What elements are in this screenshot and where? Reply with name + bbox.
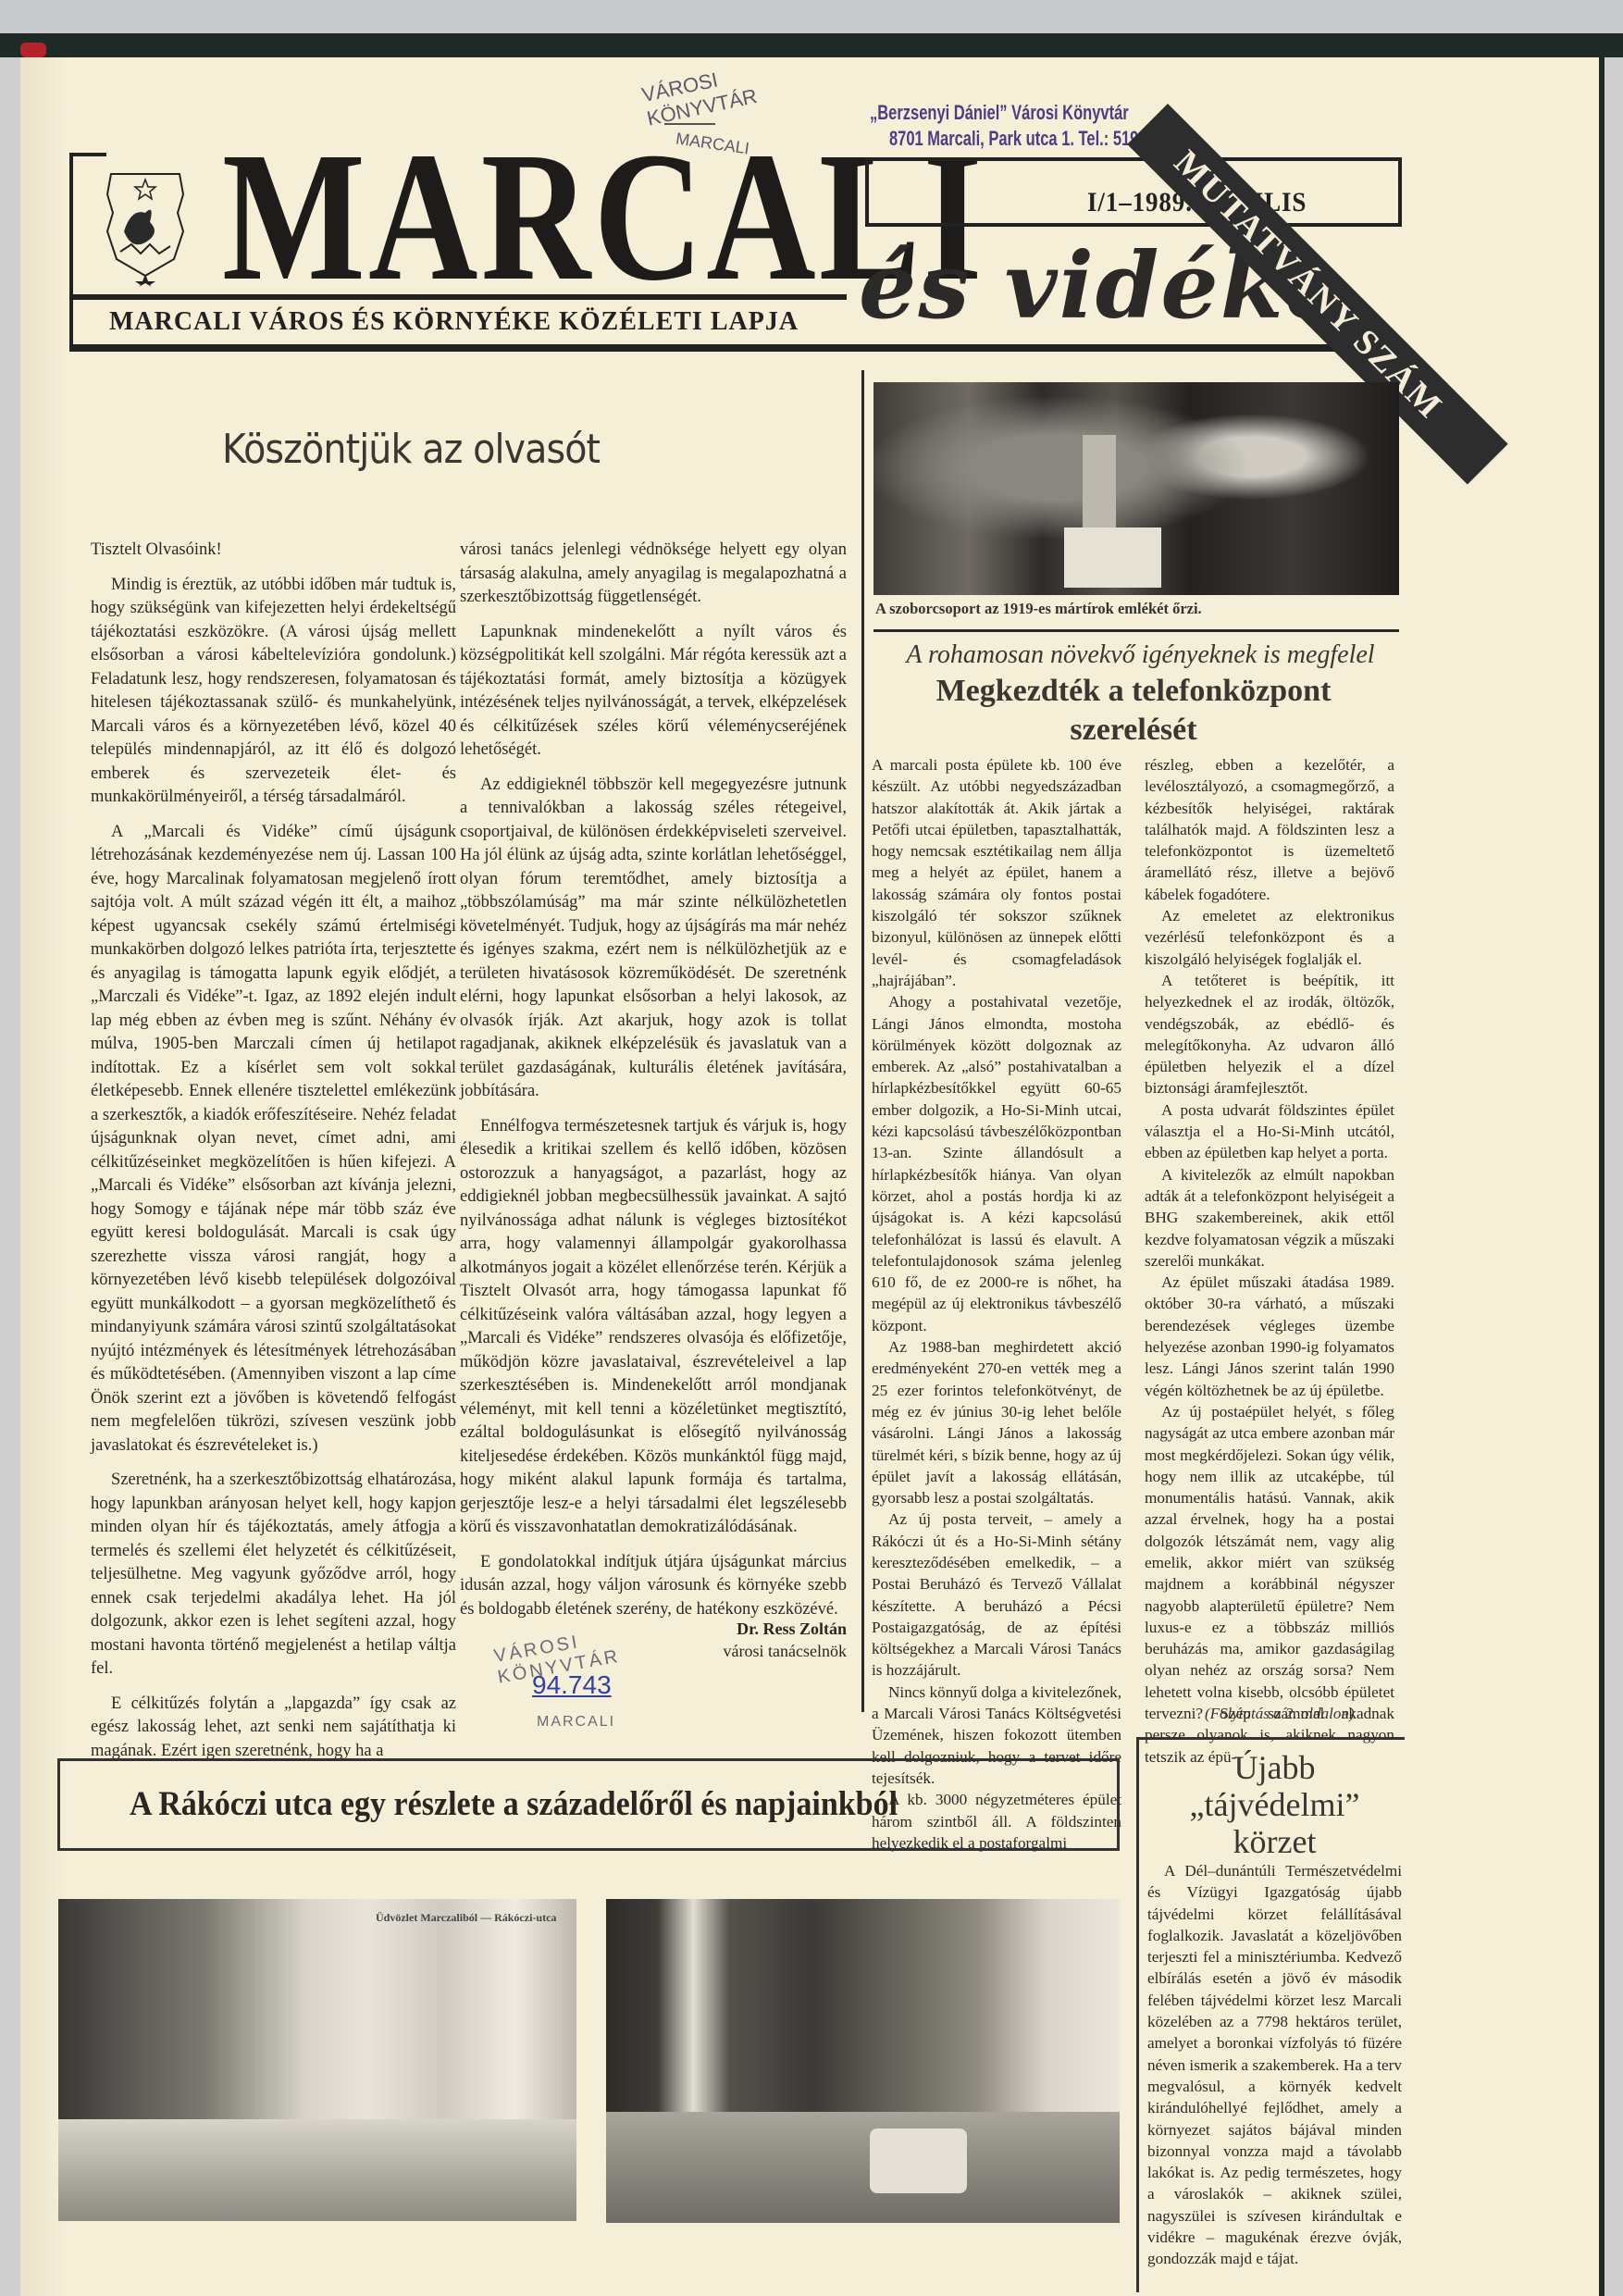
library-address-line1: „Berzsenyi Dániel” Városi Könyvtár	[870, 100, 1138, 126]
telephone-column-1: A marcali posta épülete kb. 100 éve kész…	[872, 754, 1121, 1854]
signature-title: városi tanácselnök	[685, 1640, 847, 1662]
statue-photo-caption: A szoborcsoport az 1919-es mártírok emlé…	[875, 600, 1202, 618]
editorial-column-1: Tisztelt Olvasóink! Mindig is éreztük, a…	[91, 539, 456, 1774]
telephone-paragraph: A posta udvarát földszintes épület válas…	[1145, 1099, 1394, 1164]
editorial-headline: Köszöntjük az olvasót	[222, 426, 600, 473]
landscape-headline: Újabb „tájvédelmi” körzet	[1147, 1749, 1402, 1860]
telephone-paragraph: Az emeletet az elektronikus vezérlésű te…	[1145, 905, 1394, 970]
car-in-photo	[870, 2128, 967, 2193]
binding-thread	[20, 43, 46, 57]
editorial-paragraph: Mindig is éreztük, az utóbbi időben már …	[91, 574, 456, 810]
telephone-paragraph: A kivitelezők az elmúlt napokban adták á…	[1145, 1164, 1394, 1272]
rakoczi-headline: A Rákóczi utca egy részlete a századelőr…	[130, 1784, 898, 1824]
library-address-stamp: „Berzsenyi Dániel” Városi Könyvtár 8701 …	[870, 100, 1138, 152]
editorial-signature: Dr. Ress Zoltán városi tanácselnök	[685, 1618, 847, 1662]
masthead-subtitle: MARCALI VÁROS ÉS KÖRNYÉKE KÖZÉLETI LAPJA	[109, 307, 799, 337]
telephone-column-2: részleg, ebben a kezelőtér, a levélosztá…	[1145, 754, 1394, 1768]
binding-right-edge	[1599, 57, 1604, 2296]
editorial-paragraph: E gondolatokkal indítjuk útjára újságunk…	[460, 1551, 847, 1622]
historic-street-photo	[58, 1899, 576, 2221]
telephone-paragraph: A marcali posta épülete kb. 100 éve kész…	[872, 754, 1121, 991]
masthead-rule-top	[69, 153, 106, 156]
telephone-paragraph: Ahogy a postahivatal vezetője, Lángi Ján…	[872, 991, 1121, 1336]
caption-rule	[873, 629, 1399, 632]
editorial-paragraph: városi tanács jelenlegi védnöksége helye…	[460, 539, 847, 610]
editorial-paragraph: Szeretnénk, ha a szerkesztőbizottság elh…	[91, 1469, 456, 1682]
landscape-paragraph: A Dél–dunántúli Természetvédelmi és Vízü…	[1147, 1860, 1402, 2270]
library-stamp-line	[664, 123, 715, 125]
column-divider	[861, 370, 864, 1712]
editorial-paragraph: A „Marcali és Vidéke” című újságunk létr…	[91, 821, 456, 1458]
editorial-salutation: Tisztelt Olvasóink!	[91, 539, 456, 563]
telephone-paragraph: részleg, ebben a kezelőtér, a levélosztá…	[1145, 754, 1394, 905]
landscape-column: A Dél–dunántúli Természetvédelmi és Vízü…	[1147, 1860, 1402, 2281]
scan-binding-edge	[0, 0, 1623, 57]
continued-note: (Folytatás a 2. oldalon)	[1205, 1705, 1354, 1723]
coat-of-arms-icon	[104, 167, 187, 287]
telephone-paragraph: A tetőteret is beépítik, itt helyezkedne…	[1145, 970, 1394, 1099]
inventory-stamp: VÁROSI KÖNYVTÁR 94.743 MARCALI	[486, 1629, 634, 1740]
library-stamp-bottom-text: MARCALI	[675, 130, 750, 159]
inventory-stamp-bottom: MARCALI	[537, 1714, 615, 1731]
masthead-rule-bottom	[69, 344, 1402, 352]
editorial-paragraph: Ennélfogva természetesnek tartjuk és vár…	[460, 1115, 847, 1540]
telephone-kicker: A rohamosan növekvő igényeknek is megfel…	[884, 640, 1397, 670]
statue-plinth	[1064, 527, 1161, 588]
signature-name: Dr. Ress Zoltán	[685, 1618, 847, 1640]
modern-street-photo	[606, 1899, 1120, 2223]
inventory-number: 94.743	[532, 1670, 612, 1700]
editorial-paragraph: Az eddigieknél többször kell megegyezésr…	[460, 774, 847, 1104]
editorial-paragraph: E célkitűzés folytán a „lapgazda” így cs…	[91, 1693, 456, 1764]
editorial-paragraph: Lapunknak mindenekelőtt a nyílt város és…	[460, 621, 847, 763]
library-stamp: VÁROSI KÖNYVTÁR MARCALI	[611, 60, 796, 162]
historic-photo-caption: Üdvözlet Marczaliból — Rákóczi-utca	[376, 1911, 556, 1925]
editorial-column-2: városi tanács jelenlegi védnöksége helye…	[460, 539, 847, 1632]
library-address-line2: 8701 Marcali, Park utca 1. Tel.: 519	[870, 126, 1138, 152]
telephone-headline: Megkezdték a telefonközpont szerelését	[870, 672, 1397, 750]
library-stamp-top-text: VÁROSI KÖNYVTÁR	[639, 52, 799, 130]
telephone-paragraph: Az új posta terveit, – amely a Rákóczi ú…	[872, 1508, 1121, 1681]
statue-figure	[1083, 435, 1116, 527]
telephone-paragraph: Az épület műszaki átadása 1989. október …	[1145, 1272, 1394, 1401]
telephone-paragraph: Az 1988-ban meghirdetett akció eredménye…	[872, 1336, 1121, 1508]
